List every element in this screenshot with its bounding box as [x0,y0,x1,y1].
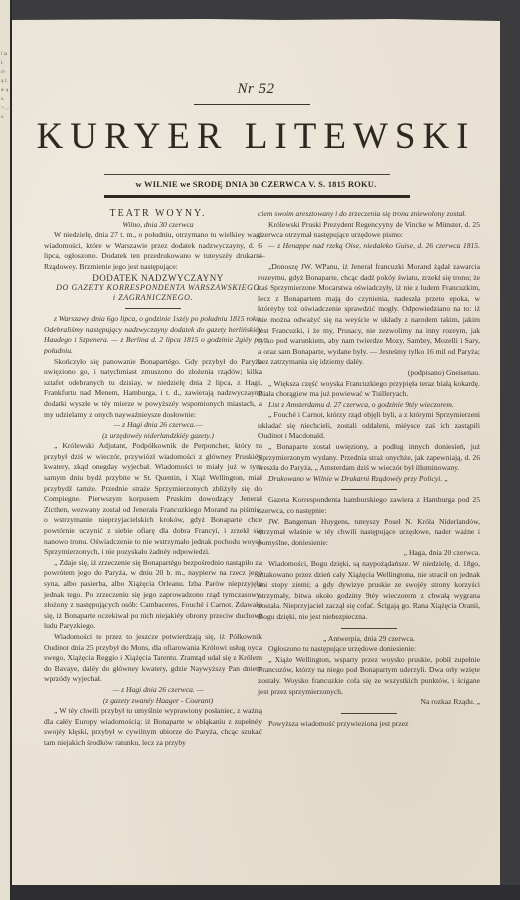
dateline: — z Hagi dnia 26 czerwca.— [44,420,262,431]
article-paragraph: Wiadomości te przez to jeszcze potwierdz… [44,632,262,685]
article-paragraph: Królewski Pruski Prezydent Regencyyny de… [258,220,480,241]
letter-note: List z Amsterdamu d. 27 czerwca, o godzi… [258,400,480,411]
dateline: „ Haga, dnia 20 czerwca. [258,548,480,559]
adjacent-page-edge: l ia ł. ri- ą ć. a- ą s. >. ,. u [0,0,12,900]
article-paragraph: „ Fouché i Carnot, którzy rząd objęli by… [258,410,480,442]
article-paragraph: Wiadomości, Bogu dzięki, są naypożądańsz… [258,559,480,623]
article-paragraph: „ Bonaparte został uwięziony, a podług i… [258,442,480,474]
divider [341,628,397,629]
dateline: — z Henappe nad rzeką Oise, niedaleko Gu… [258,241,480,262]
article-paragraph: Powyższa wiadomość przywieziona jest prz… [258,719,480,730]
article-paragraph: „ Zdaje się, iż zrzeczenie się Bonaparté… [44,558,262,632]
article-paragraph: „ Królewski Adjutant, Podpółkownik de Pe… [44,441,262,558]
warsaw-note: z Warszawy dnia 6go lipca, o godzinie 1s… [44,314,262,356]
left-column: TEATR WOYNY. Wilno, dnia 30 czerwca W ni… [44,209,262,749]
adjacent-page-marks: l ia ł. ri- ą ć. a- ą s. >. ,. u [1,50,9,122]
article-paragraph: Gazeta Korrespondenta hamburskiego zawie… [258,495,480,516]
article-paragraph: Ogłoszono tu następujące urzędowe donies… [258,644,480,655]
newspaper-title: KURYER LITEWSKI [26,115,486,158]
masthead-rule-short [194,104,310,105]
signature: (podpisano) Gneisenau. [258,368,480,379]
right-column: ciem swoim aresztowany i do zrzeczenia s… [258,209,480,729]
dateline: — z Hagi dnia 26 czerwca. — [44,685,262,696]
newspaper-page: Nr 52 KURYER LITEWSKI w WILNIE we SRODĘ … [12,19,500,885]
masthead-rule-thick [104,195,410,198]
article-paragraph: Skończyło się panowanie Bonapartégo. Gdy… [44,357,262,421]
article-paragraph: „ W téy chwili przybył tu umyślnie wypra… [44,706,262,748]
supplement-subtitle: DO GAZETY KORRESPONDENTA WARSZAWSKIEGO i… [44,283,262,303]
article-paragraph: „Donoszę JW. WPanu, iż Jenerał francuzki… [258,262,480,368]
article-paragraph: JW. Bangeman Huygens, tuteyszy Poseł N. … [258,517,480,549]
intro-paragraph: W niedzielę, dnia 27 t. m., o południu, … [44,230,262,272]
viewer-background-bottom [12,885,520,900]
issue-number: Nr 52 [12,81,500,98]
supplement-title: DODATEK NADZWYCZAYNY [44,273,262,284]
masthead-rule-thin [104,174,390,175]
source-note: (z urzędowéy niderlandzkiéy gazety.) [44,431,262,442]
article-paragraph: „ Xiąże Wellington, wsparty przez woysko… [258,655,480,697]
continuation-text: ciem swoim aresztowany i do zrzeczenia s… [258,209,480,220]
section-subtitle: Wilno, dnia 30 czerwca [44,220,262,231]
dateline: „ Antwerpia, dnia 29 czerwca. [258,634,480,645]
article-paragraph: „ Większa część woyska Francuzkiego przy… [258,379,480,400]
divider [341,489,397,490]
section-title: TEATR WOYNY. [44,209,262,220]
divider [341,713,397,714]
order-note: Na rozkaz Rządu. „ [258,697,480,708]
issue-dateline: w WILNIE we SRODĘ DNIA 30 CZERWCA V. S. … [12,179,500,189]
source-note: (z gazety zwanéy Haager - Courant) [44,696,262,707]
divider [125,308,181,309]
printed-note: Drukowano w Wilnie w Drukarni Rządowéy p… [258,474,480,485]
